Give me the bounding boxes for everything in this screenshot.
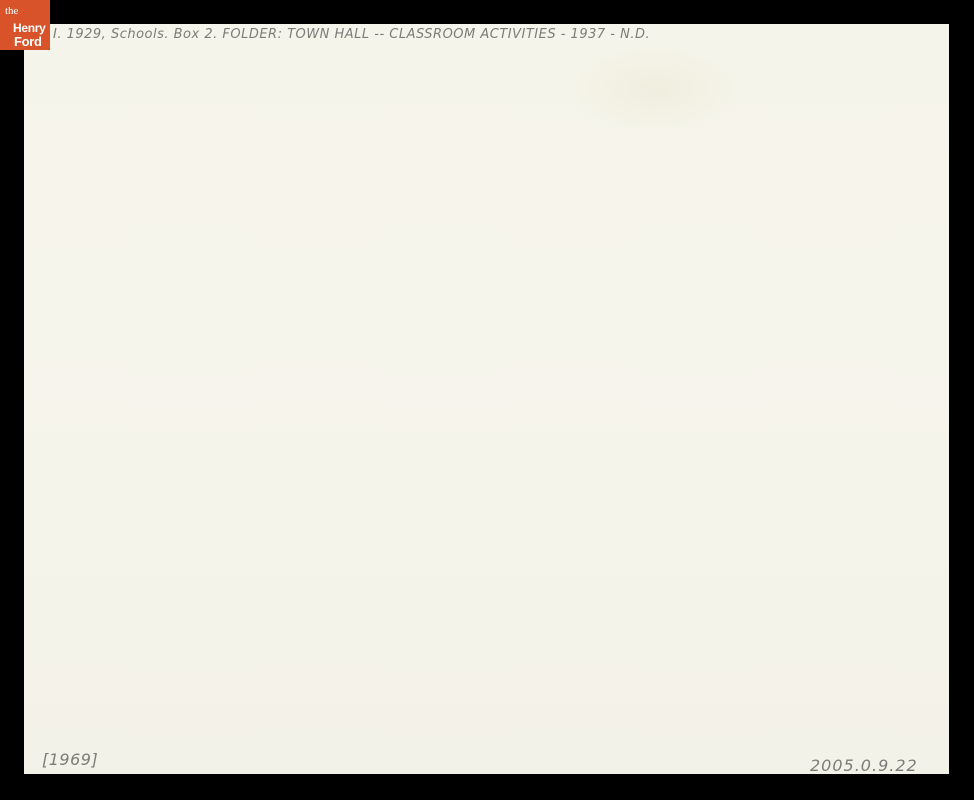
logo-henry: Henry — [13, 22, 46, 34]
archive-folder-annotation: I. 1929, Schools. Box 2. FOLDER: TOWN HA… — [53, 27, 650, 42]
logo-the: the — [5, 6, 18, 17]
accession-number: 2005.0.9.22 — [810, 756, 918, 775]
henry-ford-logo: the Henry Ford — [0, 0, 50, 50]
logo-ford: Ford — [14, 35, 42, 48]
photo-back-paper — [24, 24, 949, 774]
date-annotation: [1969] — [42, 750, 98, 769]
